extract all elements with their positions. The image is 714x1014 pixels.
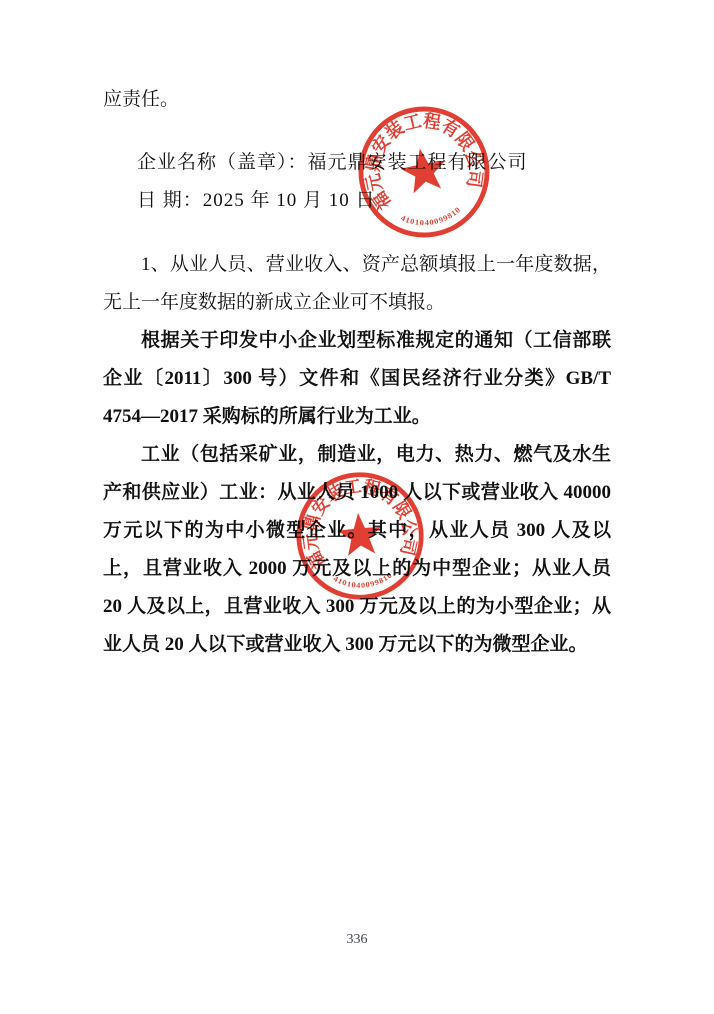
notes-section: 1、从业人员、营业收入、资产总额填报上一年度数据，无上一年度数据的新成立企业可不… <box>103 246 611 664</box>
company-name-line: 企业名称（盖章）：福元鼎安装工程有限公司 <box>137 144 611 182</box>
document-body: 应责任。 企业名称（盖章）：福元鼎安装工程有限公司 日 期：2025 年 10 … <box>103 81 611 664</box>
document-page: 应责任。 企业名称（盖章）：福元鼎安装工程有限公司 日 期：2025 年 10 … <box>0 0 714 1014</box>
paragraph-standard-basis: 根据关于印发中小企业划型标准规定的通知（工信部联企业〔2011〕300 号）文件… <box>103 322 611 436</box>
page-number: 336 <box>0 932 714 948</box>
paragraph-industry-criteria: 工业（包括采矿业，制造业，电力、热力、燃气及水生产和供应业）工业：从业人员 10… <box>103 436 611 664</box>
paragraph-note-1: 1、从业人员、营业收入、资产总额填报上一年度数据，无上一年度数据的新成立企业可不… <box>103 246 611 322</box>
date-line: 日 期：2025 年 10 月 10 日 <box>137 182 611 220</box>
signature-block: 企业名称（盖章）：福元鼎安装工程有限公司 日 期：2025 年 10 月 10 … <box>137 144 611 220</box>
continuation-text: 应责任。 <box>103 81 611 119</box>
